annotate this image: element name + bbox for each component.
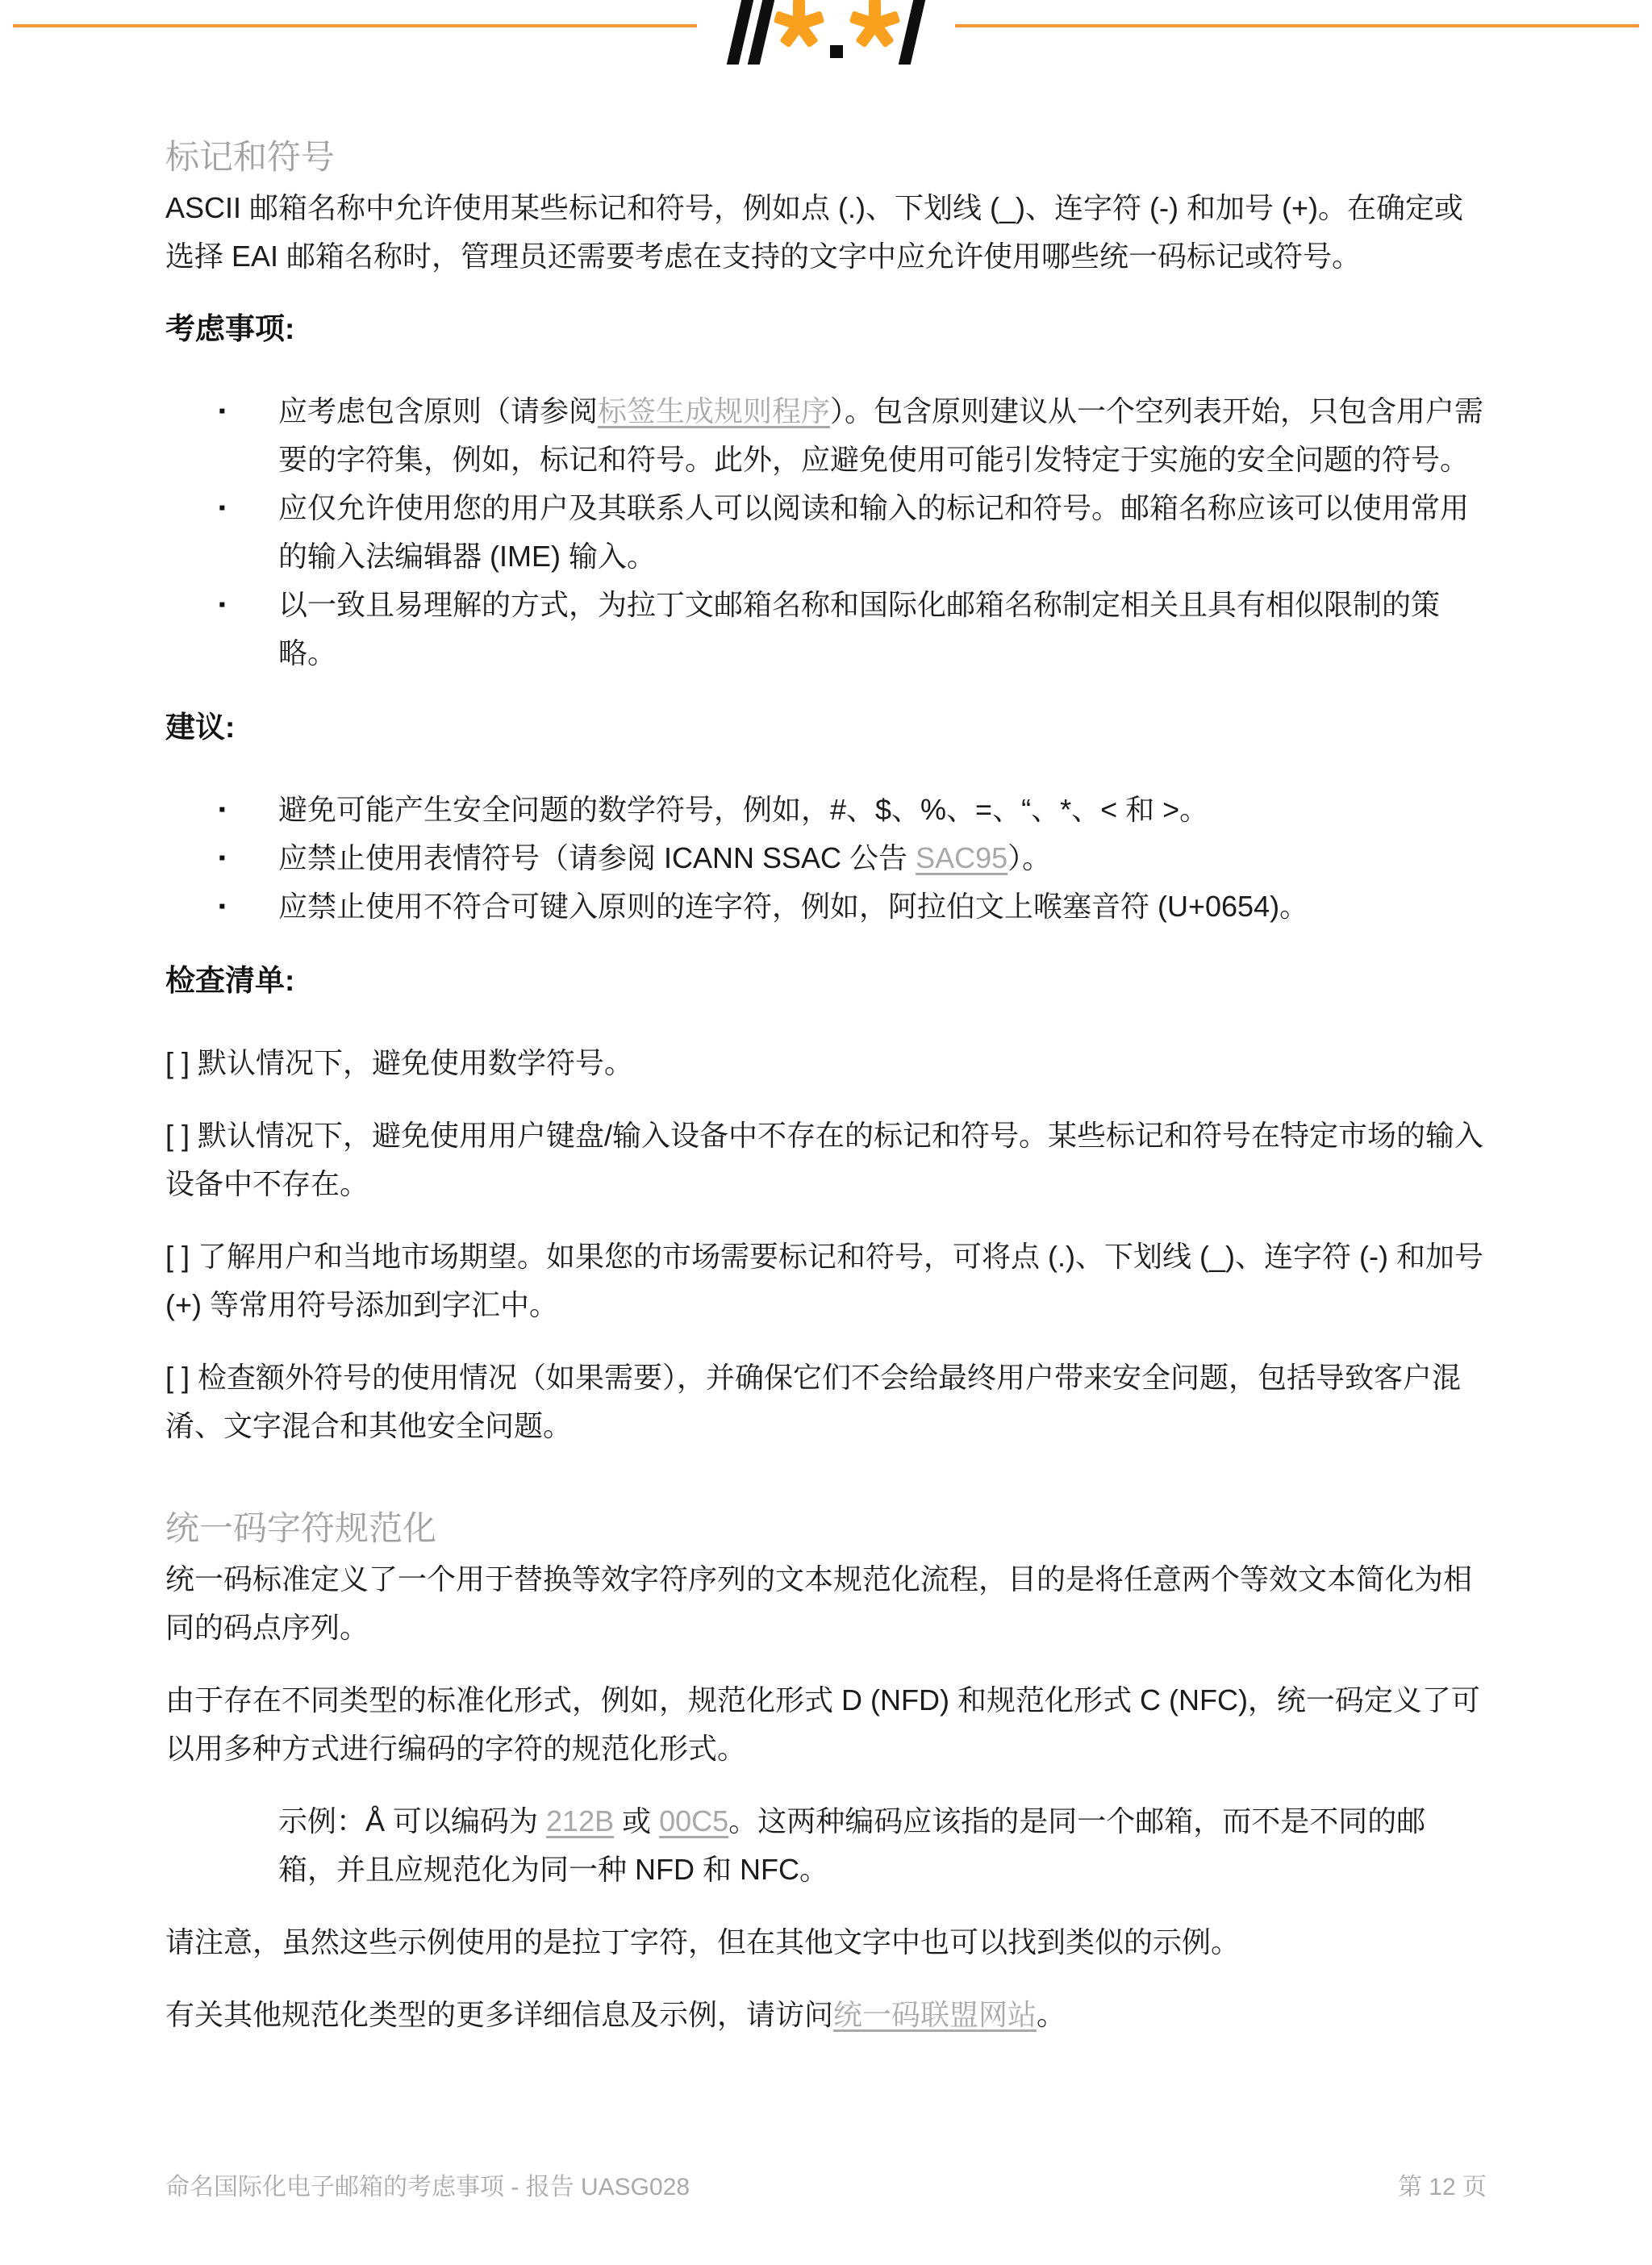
list-item: ▪ 应禁止使用不符合可键入原则的连字符，例如，阿拉伯文上喉塞音符 (U+0654…: [165, 882, 1490, 931]
document-body: 标记和符号 ASCII 邮箱名称中允许使用某些标记和符号，例如点 (.)、下划线…: [165, 137, 1490, 2063]
checklist-label: 检查清单:: [165, 957, 1490, 1005]
text-run: 统一码标准定义了一个用于替换等效字符序列的文本规范化流程，目的是将任意两个等效文…: [165, 1562, 1472, 1644]
section-heading-unicode-normalization: 统一码字符规范化: [165, 1508, 1490, 1549]
text-run: 应禁止使用表情符号（请参阅 ICANN SSAC 公告: [278, 841, 916, 874]
text-run: 应仅允许使用您的用户及其联系人可以阅读和输入的标记和符号。邮箱名称应该可以使用常…: [278, 491, 1469, 573]
text-run: [ ] 检查额外符号的使用情况（如果需要），并确保它们不会给最终用户带来安全问题…: [165, 1361, 1461, 1442]
logo-asterisk-icon: [852, 2, 897, 47]
normalization-paragraph-1: 统一码标准定义了一个用于替换等效字符序列的文本规范化流程，目的是将任意两个等效文…: [165, 1555, 1490, 1652]
text-run: 。: [1037, 1998, 1066, 2031]
document-page: { "colors": { "accent_orange": "#F7993B"…: [0, 0, 1652, 2265]
list-item-text: 应仅允许使用您的用户及其联系人可以阅读和输入的标记和符号。邮箱名称应该可以使用常…: [278, 484, 1490, 581]
logo-slash-icon: [748, 0, 774, 65]
bullet-square-icon: ▪: [219, 834, 278, 882]
text-run: 由于存在不同类型的标准化形式，例如，规范化形式 D (NFD) 和规范化形式 C…: [165, 1683, 1480, 1765]
doc-link[interactable]: 标签生成规则程序: [598, 394, 830, 428]
bullet-square-icon: ▪: [219, 581, 278, 678]
list-item: ▪ 应考虑包含原则（请参阅标签生成规则程序）。包含原则建议从一个空列表开始，只包…: [165, 387, 1490, 484]
page-header: [0, 0, 1652, 97]
uasg-logo-icon: [697, 0, 955, 65]
section-heading-marks-and-symbols: 标记和符号: [165, 137, 1490, 177]
list-item-text: 应禁止使用表情符号（请参阅 ICANN SSAC 公告 SAC95）。: [278, 834, 1490, 882]
normalization-paragraph-4: 有关其他规范化类型的更多详细信息及示例，请访问统一码联盟网站。: [165, 1991, 1490, 2039]
list-item-text: 应禁止使用不符合可键入原则的连字符，例如，阿拉伯文上喉塞音符 (U+0654)。: [278, 882, 1490, 931]
marks-intro-paragraph: ASCII 邮箱名称中允许使用某些标记和符号，例如点 (.)、下划线 (_)、连…: [165, 184, 1490, 281]
considerations-list: ▪ 应考虑包含原则（请参阅标签生成规则程序）。包含原则建议从一个空列表开始，只包…: [165, 387, 1490, 678]
bullet-square-icon: ▪: [219, 882, 278, 931]
logo-dot-icon: [830, 45, 843, 58]
logo-asterisk-icon: [776, 2, 821, 47]
text-run: [ ] 默认情况下，避免使用数学符号。: [165, 1046, 633, 1079]
checklist-item: [ ] 默认情况下，避免使用数学符号。: [165, 1039, 1490, 1087]
list-item: ▪ 应仅允许使用您的用户及其联系人可以阅读和输入的标记和符号。邮箱名称应该可以使…: [165, 484, 1490, 581]
text-run: 有关其他规范化类型的更多详细信息及示例，请访问: [165, 1998, 833, 2031]
doc-link[interactable]: 统一码联盟网站: [833, 1998, 1037, 2031]
doc-link[interactable]: 212B: [546, 1804, 614, 1837]
text-run: 以一致且易理解的方式，为拉丁文邮箱名称和国际化邮箱名称制定相关且具有相似限制的策…: [278, 588, 1440, 669]
list-item-text: 避免可能产生安全问题的数学符号，例如，#、$、%、=、“、*、< 和 >。: [278, 786, 1490, 834]
text-run: 请注意，虽然这些示例使用的是拉丁字符，但在其他文字中也可以找到类似的示例。: [165, 1925, 1240, 1958]
checklist-item: [ ] 默认情况下，避免使用用户键盘/输入设备中不存在的标记和符号。某些标记和符…: [165, 1112, 1490, 1208]
text-run: ASCII 邮箱名称中允许使用某些标记和符号，例如点 (.)、下划线 (_)、连…: [165, 191, 1463, 273]
list-item: ▪ 以一致且易理解的方式，为拉丁文邮箱名称和国际化邮箱名称制定相关且具有相似限制…: [165, 581, 1490, 678]
list-item: ▪ 应禁止使用表情符号（请参阅 ICANN SSAC 公告 SAC95）。: [165, 834, 1490, 882]
text-run: 示例：Å 可以编码为: [278, 1804, 546, 1837]
footer-document-title: 命名国际化电子邮箱的考虑事项 - 报告 UASG028: [165, 2171, 690, 2204]
recommendations-list: ▪ 避免可能产生安全问题的数学符号，例如，#、$、%、=、“、*、< 和 >。 …: [165, 786, 1490, 931]
text-run: 应考虑包含原则（请参阅: [278, 394, 598, 428]
doc-link[interactable]: 00C5: [659, 1804, 728, 1837]
footer-page-number: 第 12 页: [1398, 2171, 1487, 2204]
text-run: 避免可能产生安全问题的数学符号，例如，#、$、%、=、“、*、< 和 >。: [278, 793, 1208, 826]
bullet-square-icon: ▪: [219, 786, 278, 834]
text-run: [ ] 了解用户和当地市场期望。如果您的市场需要标记和符号，可将点 (.)、下划…: [165, 1240, 1483, 1321]
normalization-paragraph-3: 请注意，虽然这些示例使用的是拉丁字符，但在其他文字中也可以找到类似的示例。: [165, 1918, 1490, 1967]
doc-link[interactable]: SAC95: [916, 841, 1007, 874]
checklist-item: [ ] 了解用户和当地市场期望。如果您的市场需要标记和符号，可将点 (.)、下划…: [165, 1233, 1490, 1329]
considerations-label: 考虑事项:: [165, 305, 1490, 353]
text-run: ）。: [1007, 841, 1051, 874]
list-item-text: 以一致且易理解的方式，为拉丁文邮箱名称和国际化邮箱名称制定相关且具有相似限制的策…: [278, 581, 1490, 678]
text-run: [ ] 默认情况下，避免使用用户键盘/输入设备中不存在的标记和符号。某些标记和符…: [165, 1119, 1483, 1200]
page-footer: 命名国际化电子邮箱的考虑事项 - 报告 UASG028 第 12 页: [165, 2171, 1487, 2204]
text-run: 或: [614, 1804, 659, 1837]
checklist-item: [ ] 检查额外符号的使用情况（如果需要），并确保它们不会给最终用户带来安全问题…: [165, 1354, 1490, 1450]
recommendations-label: 建议:: [165, 703, 1490, 752]
list-item-text: 应考虑包含原则（请参阅标签生成规则程序）。包含原则建议从一个空列表开始，只包含用…: [278, 387, 1490, 484]
list-item: ▪ 避免可能产生安全问题的数学符号，例如，#、$、%、=、“、*、< 和 >。: [165, 786, 1490, 834]
normalization-example-paragraph: 示例：Å 可以编码为 212B 或 00C5。这两种编码应该指的是同一个邮箱，而…: [278, 1797, 1441, 1894]
text-run: 应禁止使用不符合可键入原则的连字符，例如，阿拉伯文上喉塞音符 (U+0654)。: [278, 890, 1308, 923]
bullet-square-icon: ▪: [219, 484, 278, 581]
bullet-square-icon: ▪: [219, 387, 278, 484]
normalization-paragraph-2: 由于存在不同类型的标准化形式，例如，规范化形式 D (NFD) 和规范化形式 C…: [165, 1676, 1490, 1773]
logo-slash-icon: [899, 0, 925, 65]
